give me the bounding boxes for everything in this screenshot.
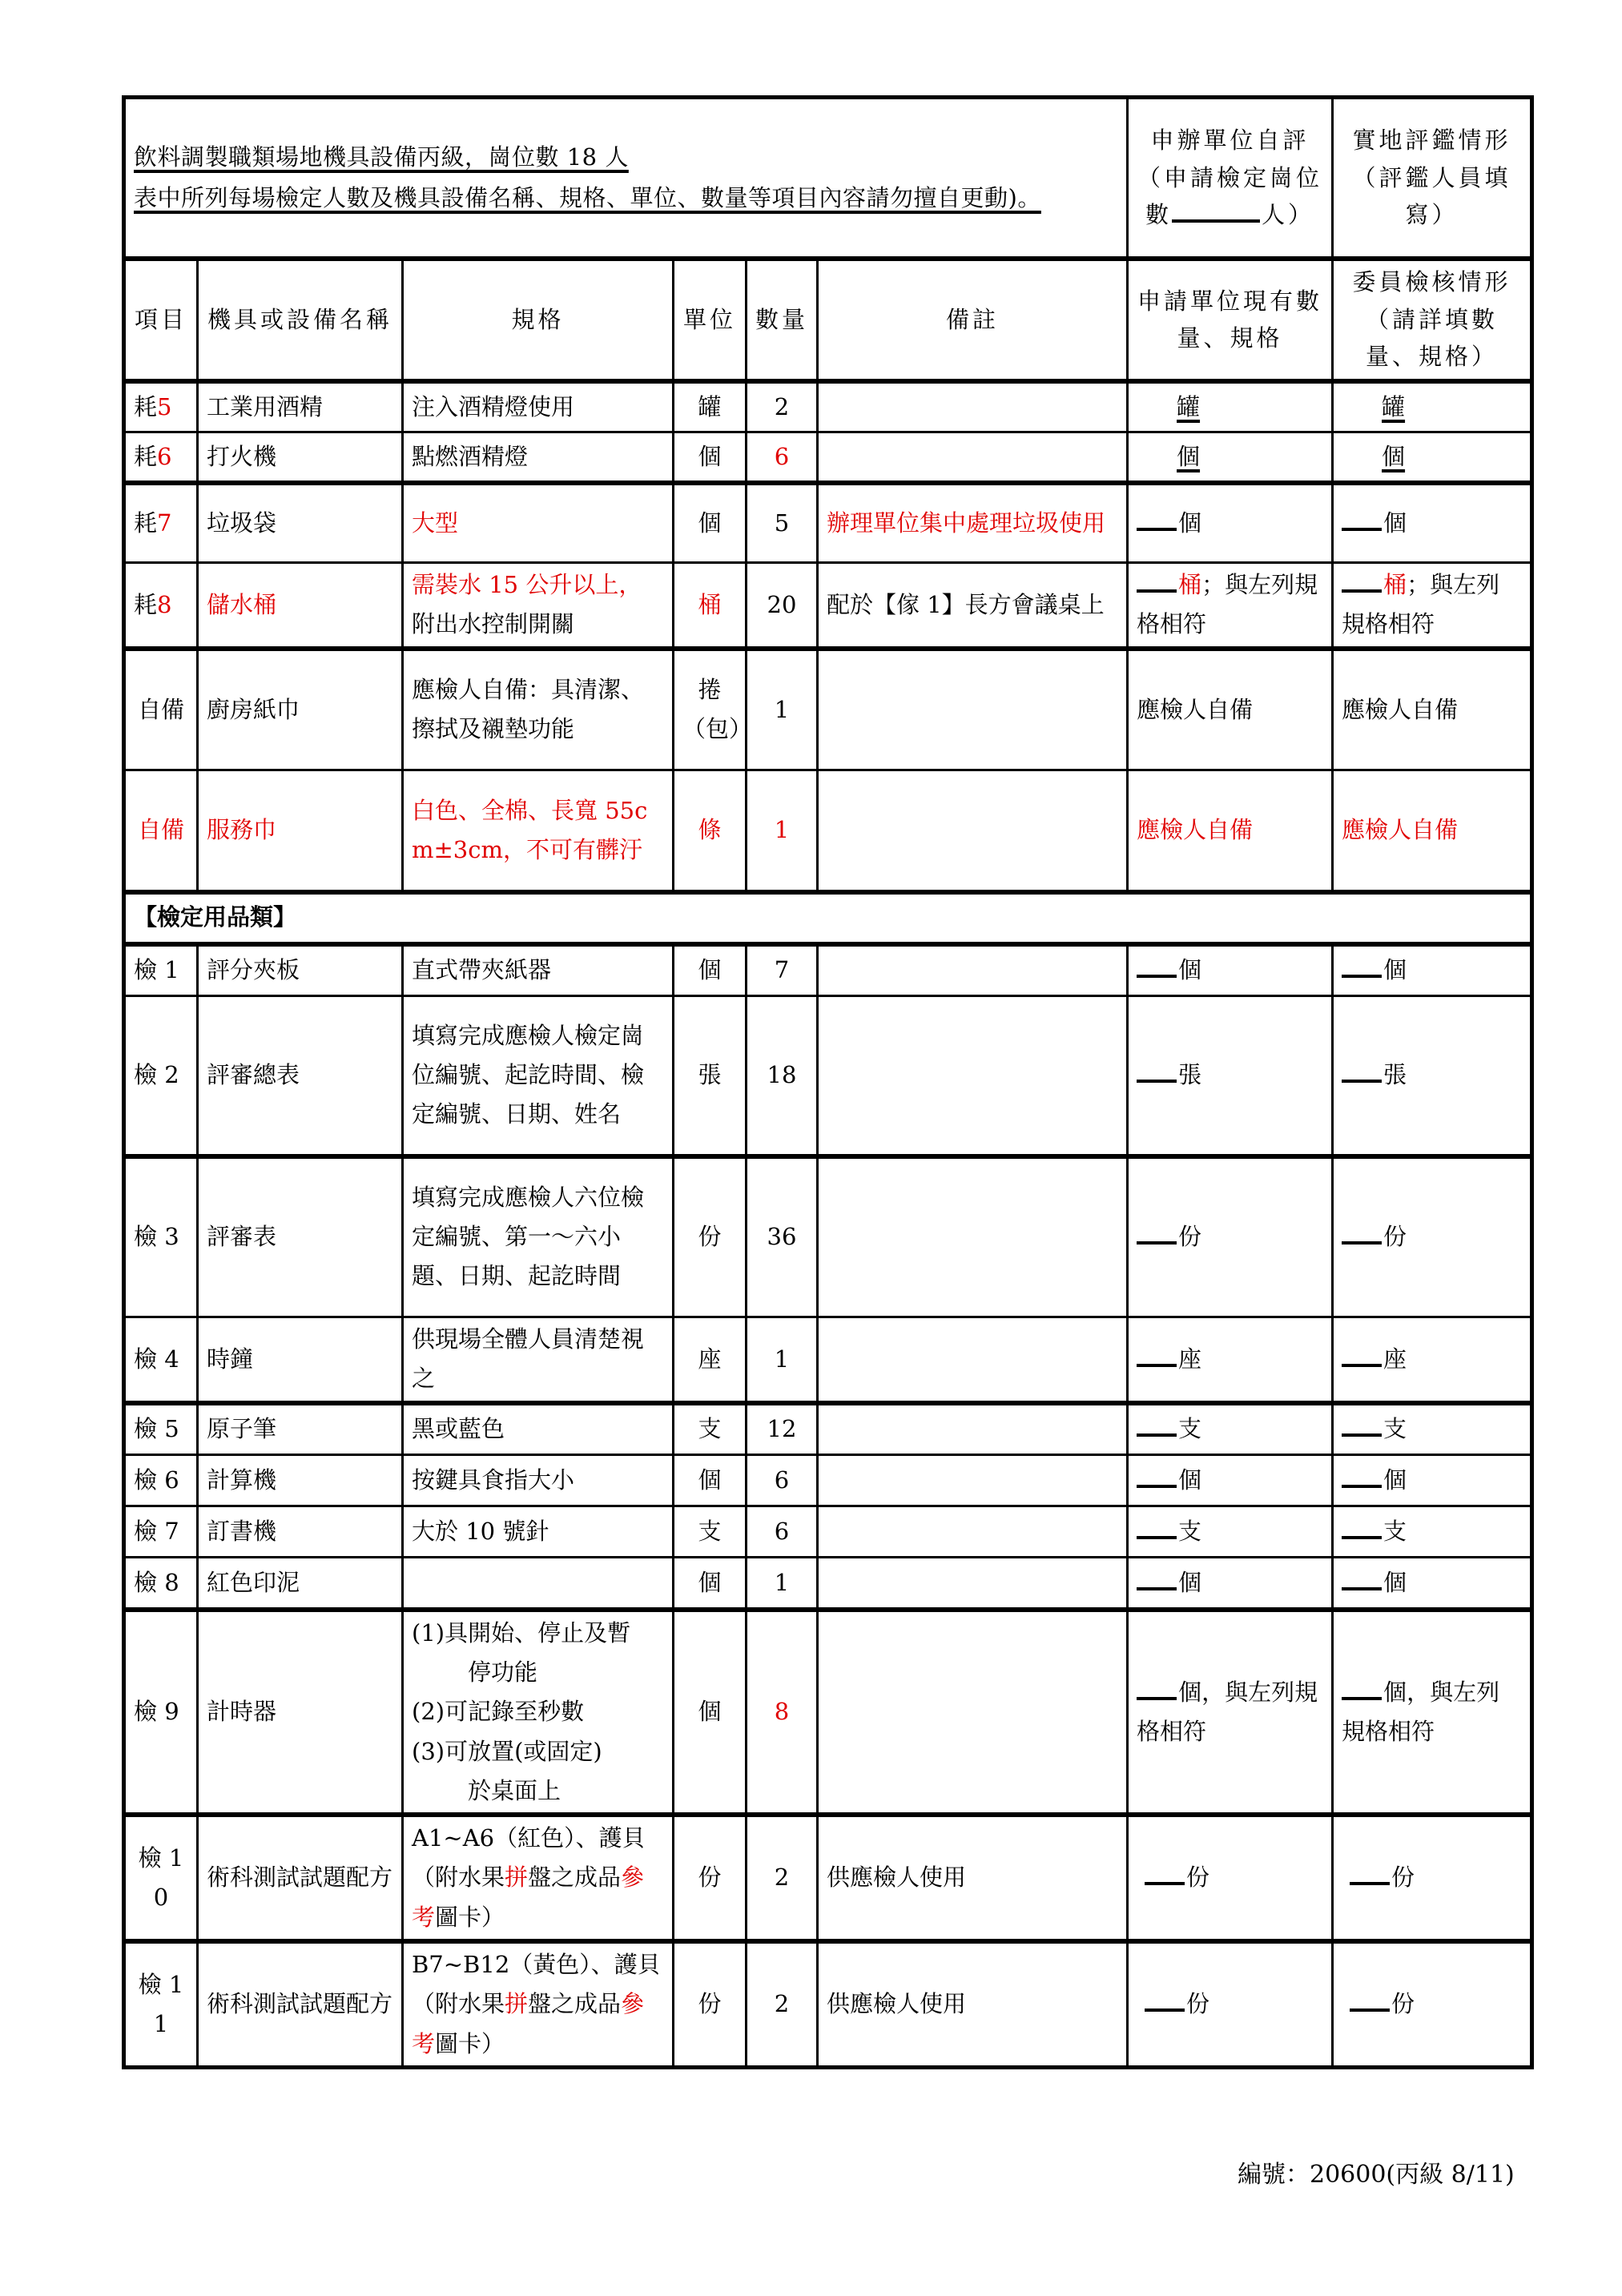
item-code: 耗6 bbox=[124, 432, 198, 483]
item-name: 評審總表 bbox=[198, 996, 403, 1156]
table-row: 耗5 工業用酒精 注入酒精燈使用 罐 2 罐 罐 bbox=[124, 381, 1532, 432]
item-spec: 點燃酒精燈 bbox=[403, 432, 674, 483]
item-unit: 支 bbox=[674, 1506, 747, 1558]
item-name: 評審表 bbox=[198, 1156, 403, 1317]
committee-field[interactable]: 個 bbox=[1333, 1558, 1532, 1610]
item-note bbox=[818, 770, 1128, 892]
item-name: 紅色印泥 bbox=[198, 1558, 403, 1610]
committee-field[interactable]: 個 bbox=[1333, 944, 1532, 996]
item-name: 工業用酒精 bbox=[198, 381, 403, 432]
item-qty: 1 bbox=[747, 770, 818, 892]
item-spec: B7~B12（黃色）、護貝（附水果拼盤之成品參考圖卡） bbox=[403, 1941, 674, 2067]
item-qty: 1 bbox=[747, 1558, 818, 1610]
item-name: 時鐘 bbox=[198, 1317, 403, 1403]
item-unit: 個 bbox=[674, 483, 747, 563]
item-code: 耗5 bbox=[124, 381, 198, 432]
col-note: 備註 bbox=[818, 259, 1128, 381]
self-eval-header: 申辦單位自評 （申請檢定崗位 數人） bbox=[1128, 98, 1333, 259]
committee-field[interactable]: 支 bbox=[1333, 1506, 1532, 1558]
item-qty: 20 bbox=[747, 563, 818, 649]
item-note bbox=[818, 944, 1128, 996]
col-unit: 單位 bbox=[674, 259, 747, 381]
item-qty: 6 bbox=[747, 432, 818, 483]
col-applicant: 申請單位現有數量、規格 bbox=[1128, 259, 1333, 381]
station-count-blank[interactable] bbox=[1172, 196, 1260, 223]
item-code: 檢 10 bbox=[124, 1815, 198, 1941]
self-eval-line2: （申請檢定崗位 bbox=[1137, 164, 1322, 191]
site-eval-line1: 實地評鑑情形 bbox=[1353, 127, 1511, 154]
item-code: 檢 7 bbox=[124, 1506, 198, 1558]
item-code: 檢 4 bbox=[124, 1317, 198, 1403]
item-note bbox=[818, 1403, 1128, 1455]
committee-field[interactable]: 個 bbox=[1333, 1455, 1532, 1506]
item-qty: 18 bbox=[747, 996, 818, 1156]
item-spec: 需裝水 15 公升以上，附出水控制開關 bbox=[403, 563, 674, 649]
equipment-table: 飲料調製職類場地機具設備丙級，崗位數 18 人 表中所列每場檢定人數及機具設備名… bbox=[122, 95, 1534, 2069]
item-name: 訂書機 bbox=[198, 1506, 403, 1558]
applicant-field: 應檢人自備 bbox=[1128, 649, 1333, 770]
item-unit: 個 bbox=[674, 1558, 747, 1610]
applicant-field[interactable]: 罐 bbox=[1128, 381, 1333, 432]
item-code: 自備 bbox=[124, 770, 198, 892]
applicant-field[interactable]: 個，與左列規格相符 bbox=[1128, 1610, 1333, 1815]
table-row: 檢 9 計時器 (1)具開始、停止及暫 停功能 (2)可記錄至秒數 (3)可放置… bbox=[124, 1610, 1532, 1815]
table-row: 檢 11 術科測試試題配方 B7~B12（黃色）、護貝（附水果拼盤之成品參考圖卡… bbox=[124, 1941, 1532, 2067]
item-code: 檢 9 bbox=[124, 1610, 198, 1815]
applicant-field[interactable]: 張 bbox=[1128, 996, 1333, 1156]
applicant-field[interactable]: 份 bbox=[1128, 1156, 1333, 1317]
item-qty: 2 bbox=[747, 1815, 818, 1941]
item-spec: 填寫完成應檢人六位檢定編號、第一～六小題、日期、起訖時間 bbox=[403, 1156, 674, 1317]
applicant-field[interactable]: 個 bbox=[1128, 1558, 1333, 1610]
item-name: 廚房紙巾 bbox=[198, 649, 403, 770]
item-name: 儲水桶 bbox=[198, 563, 403, 649]
item-note bbox=[818, 1455, 1128, 1506]
site-eval-header: 實地評鑑情形 （評鑑人員填 寫） bbox=[1333, 98, 1532, 259]
item-code: 檢 6 bbox=[124, 1455, 198, 1506]
item-note bbox=[818, 381, 1128, 432]
item-spec: A1~A6（紅色）、護貝（附水果拼盤之成品參考圖卡） bbox=[403, 1815, 674, 1941]
applicant-field[interactable]: 支 bbox=[1128, 1506, 1333, 1558]
item-unit: 條 bbox=[674, 770, 747, 892]
item-code: 檢 2 bbox=[124, 996, 198, 1156]
table-row: 檢 1 評分夾板 直式帶夾紙器 個 7 個 個 bbox=[124, 944, 1532, 996]
item-unit: 份 bbox=[674, 1156, 747, 1317]
applicant-field[interactable]: 個 bbox=[1128, 1455, 1333, 1506]
section-title-exam-supplies: 【檢定用品類】 bbox=[124, 892, 1532, 944]
item-name: 原子筆 bbox=[198, 1403, 403, 1455]
table-row: 檢 5 原子筆 黑或藍色 支 12 支 支 bbox=[124, 1403, 1532, 1455]
item-qty: 1 bbox=[747, 649, 818, 770]
committee-field[interactable]: 個，與左列規格相符 bbox=[1333, 1610, 1532, 1815]
item-note bbox=[818, 649, 1128, 770]
table-row: 檢 10 術科測試試題配方 A1~A6（紅色）、護貝（附水果拼盤之成品參考圖卡）… bbox=[124, 1815, 1532, 1941]
item-name: 垃圾袋 bbox=[198, 483, 403, 563]
item-unit: 個 bbox=[674, 432, 747, 483]
item-code: 自備 bbox=[124, 649, 198, 770]
item-note bbox=[818, 1558, 1128, 1610]
table-row: 檢 8 紅色印泥 個 1 個 個 bbox=[124, 1558, 1532, 1610]
item-unit: 張 bbox=[674, 996, 747, 1156]
committee-field[interactable]: 份 bbox=[1333, 1815, 1532, 1941]
table-row: 檢 6 計算機 按鍵具食指大小 個 6 個 個 bbox=[124, 1455, 1532, 1506]
applicant-field[interactable]: 支 bbox=[1128, 1403, 1333, 1455]
item-spec: (1)具開始、停止及暫 停功能 (2)可記錄至秒數 (3)可放置(或固定) 於桌… bbox=[403, 1610, 674, 1815]
committee-field[interactable]: 份 bbox=[1333, 1156, 1532, 1317]
committee-field[interactable]: 桶；與左列規格相符 bbox=[1333, 563, 1532, 649]
item-note bbox=[818, 1156, 1128, 1317]
committee-field[interactable]: 份 bbox=[1333, 1941, 1532, 2067]
item-code: 檢 8 bbox=[124, 1558, 198, 1610]
item-spec bbox=[403, 1558, 674, 1610]
item-spec: 應檢人自備：具清潔、擦拭及襯墊功能 bbox=[403, 649, 674, 770]
item-code: 耗8 bbox=[124, 563, 198, 649]
item-qty: 6 bbox=[747, 1506, 818, 1558]
item-note bbox=[818, 432, 1128, 483]
item-note bbox=[818, 996, 1128, 1156]
item-name: 打火機 bbox=[198, 432, 403, 483]
item-qty: 5 bbox=[747, 483, 818, 563]
col-name: 機具或設備名稱 bbox=[198, 259, 403, 381]
applicant-field[interactable]: 個 bbox=[1128, 483, 1333, 563]
item-name: 計時器 bbox=[198, 1610, 403, 1815]
title-line-1: 飲料調製職類場地機具設備丙級，崗位數 18 人 bbox=[134, 137, 1118, 178]
applicant-field: 應檢人自備 bbox=[1128, 770, 1333, 892]
item-unit: 桶 bbox=[674, 563, 747, 649]
committee-field[interactable]: 罐 bbox=[1333, 381, 1532, 432]
item-name: 術科測試試題配方 bbox=[198, 1815, 403, 1941]
document-code: 編號：20600(丙級 8/11) bbox=[1238, 2154, 1515, 2189]
applicant-field[interactable]: 座 bbox=[1128, 1317, 1333, 1403]
item-qty: 1 bbox=[747, 1317, 818, 1403]
site-eval-line3: 寫） bbox=[1406, 201, 1459, 228]
committee-field[interactable]: 個 bbox=[1333, 483, 1532, 563]
item-code: 檢 5 bbox=[124, 1403, 198, 1455]
applicant-field[interactable]: 份 bbox=[1128, 1815, 1333, 1941]
committee-field[interactable]: 個 bbox=[1333, 432, 1532, 483]
item-spec: 直式帶夾紙器 bbox=[403, 944, 674, 996]
form-title: 飲料調製職類場地機具設備丙級，崗位數 18 人 表中所列每場檢定人數及機具設備名… bbox=[124, 98, 1128, 259]
item-qty: 6 bbox=[747, 1455, 818, 1506]
table-row: 自備 廚房紙巾 應檢人自備：具清潔、擦拭及襯墊功能 捲（包） 1 應檢人自備 應… bbox=[124, 649, 1532, 770]
col-committee: 委員檢核情形（請詳填數量、規格） bbox=[1333, 259, 1532, 381]
self-eval-line1: 申辦單位自評 bbox=[1151, 127, 1310, 154]
table-row: 自備 服務巾 白色、全棉、長寬 55cm±3cm，不可有髒汙 條 1 應檢人自備… bbox=[124, 770, 1532, 892]
item-unit: 罐 bbox=[674, 381, 747, 432]
item-code: 檢 3 bbox=[124, 1156, 198, 1317]
committee-field[interactable]: 支 bbox=[1333, 1403, 1532, 1455]
item-unit: 捲（包） bbox=[674, 649, 747, 770]
applicant-field[interactable]: 份 bbox=[1128, 1941, 1333, 2067]
self-eval-line3-suffix: 人） bbox=[1262, 201, 1314, 228]
item-unit: 個 bbox=[674, 944, 747, 996]
item-code: 檢 11 bbox=[124, 1941, 198, 2067]
column-header-row: 項目 機具或設備名稱 規格 單位 數量 備註 申請單位現有數量、規格 委員檢核情… bbox=[124, 259, 1532, 381]
item-qty: 8 bbox=[747, 1610, 818, 1815]
item-spec: 黑或藍色 bbox=[403, 1403, 674, 1455]
item-unit: 座 bbox=[674, 1317, 747, 1403]
item-note bbox=[818, 1610, 1128, 1815]
site-eval-line2: （評鑑人員填 bbox=[1353, 164, 1511, 191]
item-qty: 7 bbox=[747, 944, 818, 996]
section-row: 【檢定用品類】 bbox=[124, 892, 1532, 944]
col-qty: 數量 bbox=[747, 259, 818, 381]
table-row: 耗7 垃圾袋 大型 個 5 辦理單位集中處理垃圾使用 個 個 bbox=[124, 483, 1532, 563]
item-name: 計算機 bbox=[198, 1455, 403, 1506]
table-row: 耗6 打火機 點燃酒精燈 個 6 個 個 bbox=[124, 432, 1532, 483]
item-code: 檢 1 bbox=[124, 944, 198, 996]
table-row: 耗8 儲水桶 需裝水 15 公升以上，附出水控制開關 桶 20 配於【傢 1】長… bbox=[124, 563, 1532, 649]
item-qty: 2 bbox=[747, 381, 818, 432]
item-note: 辦理單位集中處理垃圾使用 bbox=[818, 483, 1128, 563]
col-item: 項目 bbox=[124, 259, 198, 381]
committee-field: 應檢人自備 bbox=[1333, 770, 1532, 892]
item-note bbox=[818, 1317, 1128, 1403]
committee-field: 應檢人自備 bbox=[1333, 649, 1532, 770]
title-row: 飲料調製職類場地機具設備丙級，崗位數 18 人 表中所列每場檢定人數及機具設備名… bbox=[124, 98, 1532, 259]
table-row: 檢 4 時鐘 供現場全體人員清楚視之 座 1 座 座 bbox=[124, 1317, 1532, 1403]
item-qty: 12 bbox=[747, 1403, 818, 1455]
title-line-2: 表中所列每場檢定人數及機具設備名稱、規格、單位、數量等項目內容請勿擅自更動)。 bbox=[134, 178, 1118, 219]
item-unit: 個 bbox=[674, 1455, 747, 1506]
table-row: 檢 7 訂書機 大於 10 號針 支 6 支 支 bbox=[124, 1506, 1532, 1558]
item-note bbox=[818, 1506, 1128, 1558]
item-unit: 份 bbox=[674, 1815, 747, 1941]
item-spec: 供現場全體人員清楚視之 bbox=[403, 1317, 674, 1403]
item-spec: 大於 10 號針 bbox=[403, 1506, 674, 1558]
item-unit: 份 bbox=[674, 1941, 747, 2067]
item-name: 評分夾板 bbox=[198, 944, 403, 996]
self-eval-line3-prefix: 數 bbox=[1145, 201, 1172, 228]
committee-field[interactable]: 座 bbox=[1333, 1317, 1532, 1403]
applicant-field[interactable]: 個 bbox=[1128, 432, 1333, 483]
item-name: 服務巾 bbox=[198, 770, 403, 892]
item-spec: 白色、全棉、長寬 55cm±3cm，不可有髒汙 bbox=[403, 770, 674, 892]
item-code: 耗7 bbox=[124, 483, 198, 563]
item-qty: 36 bbox=[747, 1156, 818, 1317]
item-qty: 2 bbox=[747, 1941, 818, 2067]
item-unit: 支 bbox=[674, 1403, 747, 1455]
item-name: 術科測試試題配方 bbox=[198, 1941, 403, 2067]
item-unit: 個 bbox=[674, 1610, 747, 1815]
table-row: 檢 2 評審總表 填寫完成應檢人檢定崗位編號、起訖時間、檢定編號、日期、姓名 張… bbox=[124, 996, 1532, 1156]
col-spec: 規格 bbox=[403, 259, 674, 381]
committee-field[interactable]: 張 bbox=[1333, 996, 1532, 1156]
item-spec: 按鍵具食指大小 bbox=[403, 1455, 674, 1506]
equipment-form-page: 飲料調製職類場地機具設備丙級，崗位數 18 人 表中所列每場檢定人數及機具設備名… bbox=[122, 95, 1530, 2069]
item-spec: 大型 bbox=[403, 483, 674, 563]
applicant-field[interactable]: 桶；與左列規格相符 bbox=[1128, 563, 1333, 649]
item-note: 供應檢人使用 bbox=[818, 1941, 1128, 2067]
applicant-field[interactable]: 個 bbox=[1128, 944, 1333, 996]
item-spec: 注入酒精燈使用 bbox=[403, 381, 674, 432]
item-note: 供應檢人使用 bbox=[818, 1815, 1128, 1941]
item-note: 配於【傢 1】長方會議桌上 bbox=[818, 563, 1128, 649]
table-row: 檢 3 評審表 填寫完成應檢人六位檢定編號、第一～六小題、日期、起訖時間 份 3… bbox=[124, 1156, 1532, 1317]
item-spec: 填寫完成應檢人檢定崗位編號、起訖時間、檢定編號、日期、姓名 bbox=[403, 996, 674, 1156]
